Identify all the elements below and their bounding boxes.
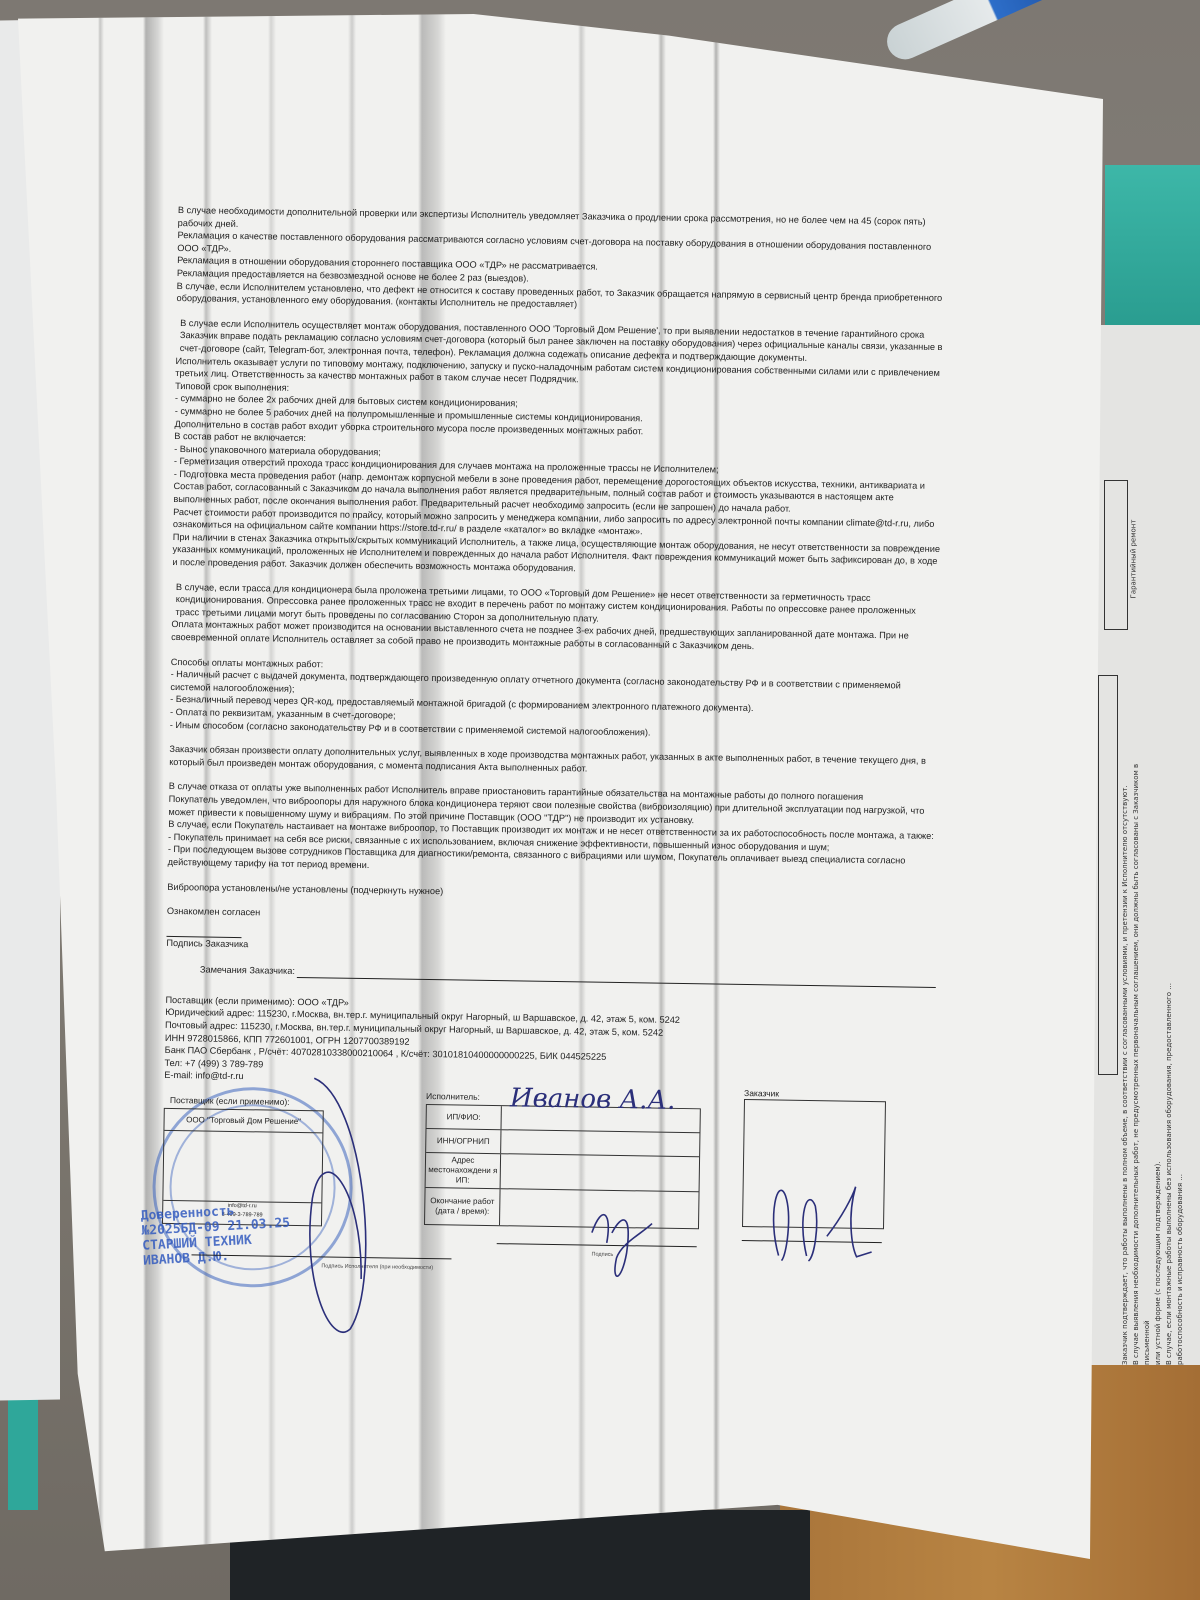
document-body: В случае необходимости дополнительной пр… [160, 204, 948, 1338]
executor-signature-scribble [581, 1203, 662, 1284]
executor-label: Исполнитель: [426, 1090, 480, 1103]
warranty-box-label: Гарантийный ремонт [1129, 520, 1137, 599]
rotated-text: Заказчик подтверждает, что работы выполн… [1120, 725, 1186, 1365]
client-remarks-field[interactable] [297, 968, 936, 988]
warranty-box [1104, 480, 1128, 630]
signature-area: Поставщик (если применимо): ООО "Торговы… [160, 1086, 934, 1338]
underlying-sheet-right: Гарантийный ремонт Заказчик подтверждает… [1090, 325, 1200, 1365]
table-box [1098, 675, 1118, 1075]
executor-row-address: Адрес местонахождени я ИП: [426, 1153, 700, 1192]
client-signature-caption: Подпись Заказчика [166, 937, 936, 962]
client-remarks: Замечания Заказчика: [200, 964, 936, 988]
document-page: В случае необходимости дополнительной пр… [18, 14, 1103, 1559]
executor-name-field[interactable]: Иванов А.А. [502, 1106, 700, 1132]
handwritten-name: Иванов А.А. [510, 1092, 676, 1107]
pen [881, 0, 1078, 65]
client-remarks-label: Замечания Заказчика: [200, 964, 295, 978]
executor-inn-field[interactable] [501, 1130, 699, 1156]
stamp-signature-scribble [240, 1077, 394, 1339]
client-signature-scribble [766, 1175, 877, 1267]
executor-address-field[interactable] [501, 1154, 700, 1191]
teal-folder [1105, 165, 1200, 325]
teal-folder-left [8, 1390, 38, 1510]
